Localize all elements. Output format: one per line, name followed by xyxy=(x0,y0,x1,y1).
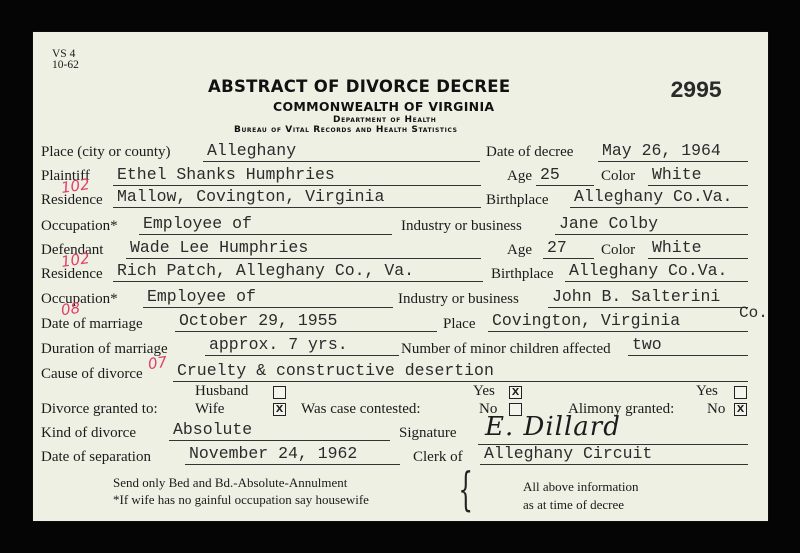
plaintiff-color-field[interactable]: White xyxy=(648,166,748,186)
plaintiff-industry-label: Industry or business xyxy=(401,218,522,235)
defendant-color-field[interactable]: White xyxy=(648,239,748,259)
plaintiff-age-label: Age xyxy=(507,168,532,185)
place-field[interactable]: Alleghany xyxy=(203,142,480,162)
defendant-industry-label: Industry or business xyxy=(398,291,519,308)
clerk-field[interactable]: Alleghany Circuit xyxy=(480,445,748,465)
plaintiff-occupation-label: Occupation* xyxy=(41,218,118,235)
alimony-no-label: No xyxy=(707,401,725,418)
minor-children-label: Number of minor children affected xyxy=(401,341,611,358)
contested-yes-checkbox[interactable]: x xyxy=(509,386,522,399)
cause-field[interactable]: Cruelty & constructive desertion xyxy=(173,362,748,382)
plaintiff-occupation-field[interactable]: Employee of xyxy=(139,215,392,235)
granted-to-label: Divorce granted to: xyxy=(41,401,158,418)
footer-note-housewife: *If wife has no gainful occupation say h… xyxy=(113,492,369,508)
defendant-name-field[interactable]: Wade Lee Humphries xyxy=(126,239,481,259)
defendant-residence-field[interactable]: Rich Patch, Alleghany Co., Va. xyxy=(113,262,483,282)
plaintiff-residence-field[interactable]: Mallow, Covington, Virginia xyxy=(113,188,481,208)
document-title: ABSTRACT OF DIVORCE DECREE xyxy=(208,77,510,96)
kind-field[interactable]: Absolute xyxy=(169,421,390,441)
alimony-no-checkbox[interactable]: x xyxy=(734,403,747,416)
clerk-label: Clerk of xyxy=(413,449,463,466)
contested-yes-label: Yes xyxy=(473,383,495,400)
plaintiff-color-label: Color xyxy=(601,168,635,185)
brace-glyph: { xyxy=(458,462,473,516)
date-of-decree-field[interactable]: May 26, 1964 xyxy=(598,142,748,162)
kind-label: Kind of divorce xyxy=(41,425,136,442)
cause-red-annotation: 07 xyxy=(147,353,168,373)
granted-husband-checkbox[interactable] xyxy=(273,386,286,399)
footer-note-send-only: Send only Bed and Bd.-Absolute-Annulment xyxy=(113,475,347,491)
signature-label: Signature xyxy=(399,425,457,442)
date-of-separation-field[interactable]: November 24, 1962 xyxy=(185,445,400,465)
form-code: VS 4 10-62 xyxy=(52,49,79,71)
defendant-color-label: Color xyxy=(601,242,635,259)
plaintiff-age-field[interactable]: 25 xyxy=(536,166,594,186)
granted-husband-label: Husband xyxy=(195,383,248,400)
defendant-industry-field[interactable]: John B. Salterini xyxy=(548,288,748,308)
granted-wife-checkbox[interactable]: x xyxy=(273,403,286,416)
plaintiff-birthplace-field[interactable]: Alleghany Co.Va. xyxy=(570,188,748,208)
duration-field[interactable]: approx. 7 yrs. xyxy=(205,336,399,356)
plaintiff-name-field[interactable]: Ethel Shanks Humphries xyxy=(113,166,481,186)
department-heading: Department of Health xyxy=(333,115,436,125)
date-of-decree-label: Date of decree xyxy=(486,144,573,161)
contested-label: Was case contested: xyxy=(301,401,421,418)
date-of-separation-label: Date of separation xyxy=(41,449,151,466)
divorce-abstract-card: VS 4 10-62 ABSTRACT OF DIVORCE DECREE CO… xyxy=(33,32,768,521)
bureau-heading: Bureau of Vital Records and Health Stati… xyxy=(234,125,458,135)
granted-wife-label: Wife xyxy=(195,401,224,418)
date-of-marriage-label: Date of marriage xyxy=(41,316,143,333)
defendant-occupation-field[interactable]: Employee of xyxy=(143,288,393,308)
defendant-residence-label: Residence xyxy=(41,266,103,283)
place-of-marriage-field[interactable]: Covington, Virginia xyxy=(488,312,748,332)
alimony-yes-label: Yes xyxy=(696,383,718,400)
cause-label: Cause of divorce xyxy=(41,366,143,383)
state-heading: COMMONWEALTH OF VIRGINIA xyxy=(273,99,494,114)
footer-note-all-above: All above information xyxy=(523,479,639,495)
plaintiff-birthplace-label: Birthplace xyxy=(486,192,548,209)
form-revision-date: 10-62 xyxy=(52,60,79,71)
plaintiff-residence-label: Residence xyxy=(41,192,103,209)
minor-children-field[interactable]: two xyxy=(628,336,748,356)
defendant-birthplace-label: Birthplace xyxy=(491,266,553,283)
date-of-marriage-field[interactable]: October 29, 1955 xyxy=(175,312,437,332)
defendant-age-field[interactable]: 27 xyxy=(543,239,594,259)
alimony-yes-checkbox[interactable] xyxy=(734,386,747,399)
place-of-marriage-label: Place xyxy=(443,316,475,333)
certificate-number: 2995 xyxy=(670,78,721,104)
plaintiff-industry-field[interactable]: Jane Colby xyxy=(555,215,748,235)
defendant-birthplace-field[interactable]: Alleghany Co.Va. xyxy=(565,262,748,282)
footer-note-time-of-decree: as at time of decree xyxy=(523,497,624,513)
place-label: Place (city or county) xyxy=(41,144,171,161)
defendant-age-label: Age xyxy=(507,242,532,259)
signature-field[interactable]: E. Dillard xyxy=(485,412,621,442)
